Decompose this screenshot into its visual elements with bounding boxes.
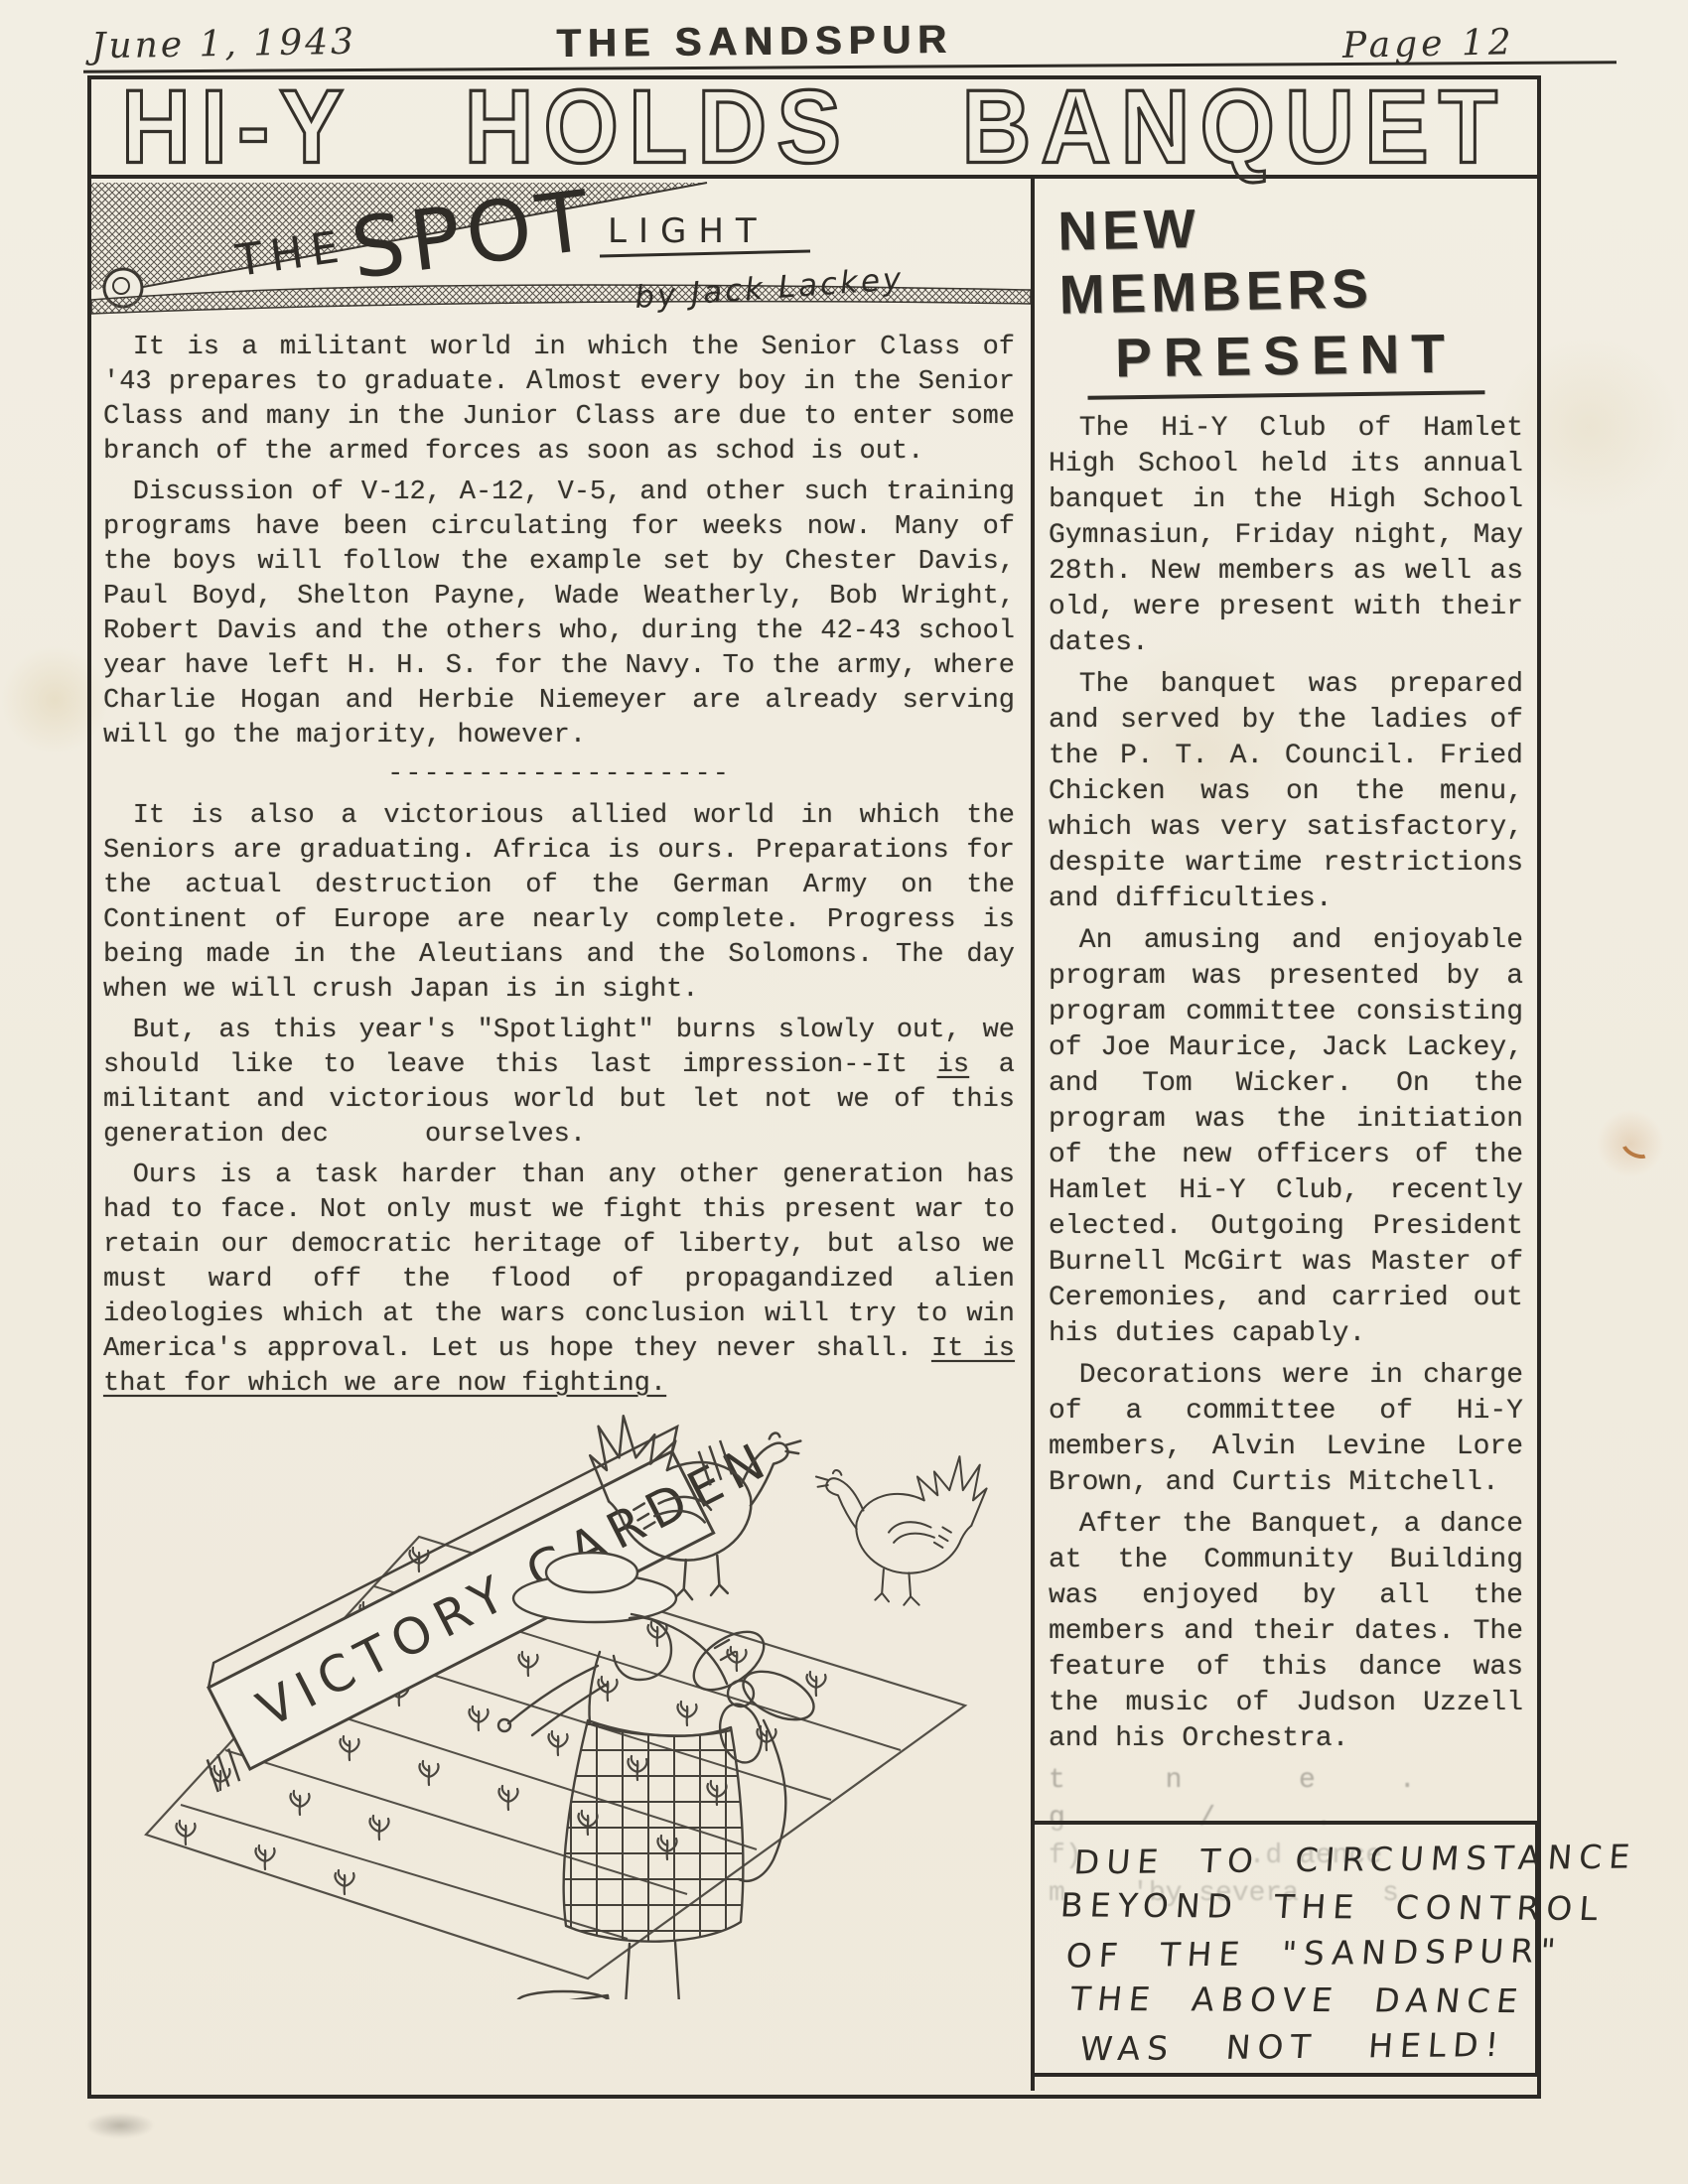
paragraph: But, as this year's "Spotlight" burns sl… [103,1014,1015,1153]
headline-line: NEW MEMBERS [1048,190,1525,327]
notice-line: WAS NOT HELD! [1078,2025,1536,2069]
new-members-column: NEW MEMBERS PRESENT The Hi-Y Club of Ham… [1035,179,1537,2091]
headline-line: PRESENT [1087,321,1485,400]
newspaper-title: THE SANDSPUR [496,17,1013,67]
chicken-sketch [816,1456,987,1605]
legs [612,1942,693,1999]
headline-word: HI-Y [121,68,353,188]
paragraph: The Hi-Y Club of Hamlet High School held… [1049,411,1523,661]
spotlight-column: THE SPOT LIGHT by Jack Lackey It is a mi… [91,179,1035,2091]
victory-garden-illustration: VICTORY GARDEN [91,1408,1031,1999]
paragraph-text: Ours is a task harder than any other gen… [103,1160,1015,1364]
spotlight-title-spot: SPOT [346,179,600,298]
paragraph: After the Banquet, a dance at the Commun… [1049,1507,1523,1757]
underlined-word: is [937,1050,969,1080]
victory-garden-sign-text: VICTORY GARDEN [248,1430,781,1739]
paragraph: Ours is a task harder than any other gen… [103,1159,1015,1402]
spotlight-masthead: THE SPOT LIGHT by Jack Lackey [91,179,1031,320]
headline-word: BANQUET [961,68,1507,188]
notice-line: BEYOND THE CONTROL [1059,1885,1537,1927]
notice-line: THE ABOVE DANCE [1068,1979,1537,2020]
notice-line: DUE TO CIRCUMSTANCE [1072,1839,1536,1882]
issue-date: June 1, 1943 [91,22,357,68]
paragraph: It is a militant world in which the Seni… [103,331,1015,470]
pencil-smudge [85,2113,155,2138]
notice-line: OF THE "SANDSPUR" [1064,1932,1536,1976]
hat-crown [546,1553,637,1592]
paragraph: Decorations were in charge of a committe… [1049,1358,1523,1501]
paragraph: An amusing and enjoyable program was pre… [1049,923,1523,1352]
page-number: Page 12 [1342,22,1515,67]
spotlight-title-light: LIGHT [608,211,769,251]
paragraph: Discussion of V-12, A-12, V-5, and other… [103,476,1015,753]
new-members-headline: NEW MEMBERS PRESENT [1049,195,1523,397]
main-headline: HI-Y HOLDS BANQUET [91,79,1537,179]
article-frame: HI-Y HOLDS BANQUET [87,75,1541,2099]
newspaper-page: June 1, 1943 THE SANDSPUR Page 12 HI-Y H… [0,0,1688,2184]
paragraph: It is also a victorious allied world in … [103,799,1015,1008]
spotlight-byline: by Jack Lackey [633,261,905,316]
paragraph-text: But, as this year's "Spotlight" burns sl… [103,1016,1015,1080]
ink-smudge [1618,1128,1658,1163]
spotlight-article: It is a militant world in which the Seni… [91,325,1031,1402]
handwritten-notice: DUE TO CIRCUMSTANCE BEYOND THE CONTROL O… [1031,1821,1539,2077]
watering-can [443,1991,636,1999]
paragraph: The banquet was prepared and served by t… [1049,667,1523,917]
illegible-line: t n e . [1049,1763,1523,1799]
section-divider: ------------------- [103,759,1015,789]
headline-word: HOLDS [464,68,851,188]
plaid-apron [564,1720,744,1942]
